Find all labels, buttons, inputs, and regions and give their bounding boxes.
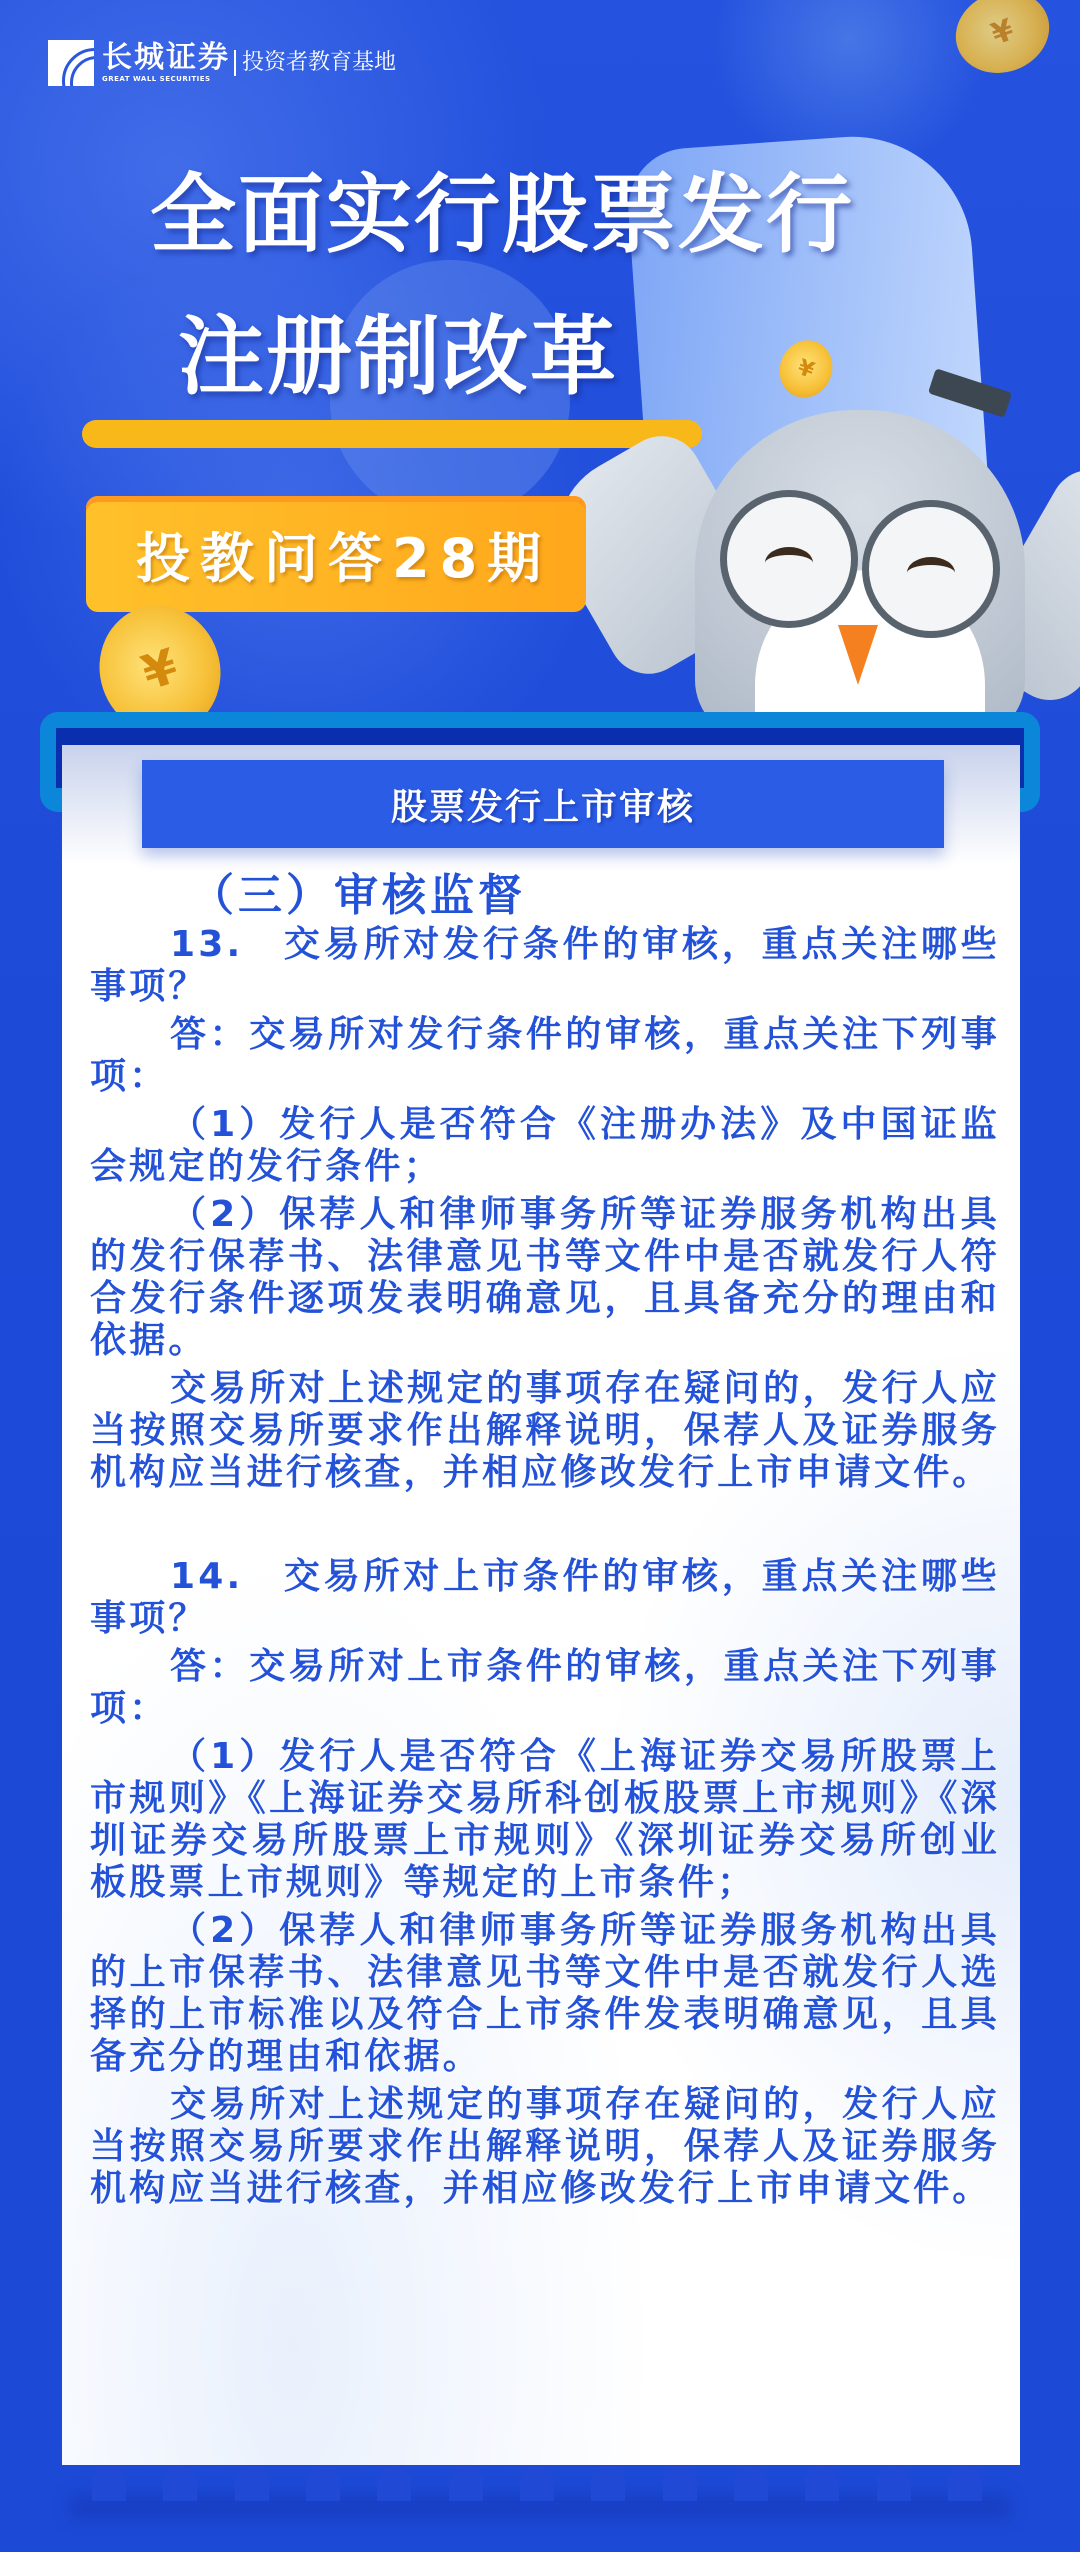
scallop: [734, 2465, 768, 2501]
owl-beak: [838, 625, 878, 685]
owl-eye-glasses-icon: [720, 490, 858, 628]
question-14: 14. 交易所对上市条件的审核，重点关注哪些事项？: [90, 1556, 1000, 1640]
logo-divider: [234, 50, 236, 76]
owl-mascot: [600, 380, 1080, 720]
brand-name: 长城证券 GREAT WALL SECURITIES: [102, 42, 230, 84]
scallop: [377, 2465, 411, 2501]
scallop: [948, 2465, 982, 2501]
brand-logo: 长城证券 GREAT WALL SECURITIES 投资者教育基地: [48, 40, 396, 86]
great-wall-logo-icon: [48, 40, 94, 86]
answer-13-item-2: （2）保荐人和律师事务所等证券服务机构出具的发行保荐书、法律意见书等文件中是否就…: [90, 1194, 1000, 1362]
scallop: [235, 2465, 269, 2501]
question-13: 13. 交易所对发行条件的审核，重点关注哪些事项？: [90, 924, 1000, 1008]
issue-badge: 投教问答28期: [86, 496, 586, 612]
spacer: [90, 1494, 1000, 1556]
brand-name-cn: 长城证券: [102, 42, 230, 74]
qa-content: （三）审核监督 13. 交易所对发行条件的审核，重点关注哪些事项？ 答：交易所对…: [90, 868, 1000, 2210]
hero-title-line2: 注册制改革: [178, 302, 618, 412]
scallop: [306, 2465, 340, 2501]
scallop: [520, 2465, 554, 2501]
section-header-title: 股票发行上市审核: [391, 779, 695, 830]
scallop: [805, 2465, 839, 2501]
issue-badge-label: 投教问答28期: [136, 516, 551, 593]
answer-14-intro: 答：交易所对上市条件的审核，重点关注下列事项：: [90, 1646, 1000, 1730]
answer-14-item-2: （2）保荐人和律师事务所等证券服务机构出具的上市保荐书、法律意见书等文件中是否就…: [90, 1910, 1000, 2078]
section-heading: （三）审核监督: [90, 868, 1000, 924]
answer-13-item-1: （1）发行人是否符合《注册办法》及中国证监会规定的发行条件；: [90, 1104, 1000, 1188]
brand-name-en: GREAT WALL SECURITIES: [102, 74, 230, 84]
answer-14-conclusion: 交易所对上述规定的事项存在疑问的，发行人应当按照交易所要求作出解释说明，保荐人及…: [90, 2084, 1000, 2210]
scallop: [591, 2465, 625, 2501]
scallop: [663, 2465, 697, 2501]
card-scalloped-edge: [62, 2465, 1020, 2501]
brand-subtitle: 投资者教育基地: [242, 48, 396, 78]
hero-title-line1: 全面实行股票发行: [150, 160, 854, 270]
scallop: [877, 2465, 911, 2501]
answer-13-conclusion: 交易所对上述规定的事项存在疑问的，发行人应当按照交易所要求作出解释说明，保荐人及…: [90, 1368, 1000, 1494]
scallop: [449, 2465, 483, 2501]
answer-14-item-1: （1）发行人是否符合《上海证券交易所股票上市规则》《上海证券交易所科创板股票上市…: [90, 1736, 1000, 1904]
scallop: [163, 2465, 197, 2501]
owl-eye-glasses-icon: [862, 500, 1000, 638]
scallop: [92, 2465, 126, 2501]
section-header: 股票发行上市审核: [142, 760, 944, 848]
answer-13-intro: 答：交易所对发行条件的审核，重点关注下列事项：: [90, 1014, 1000, 1098]
